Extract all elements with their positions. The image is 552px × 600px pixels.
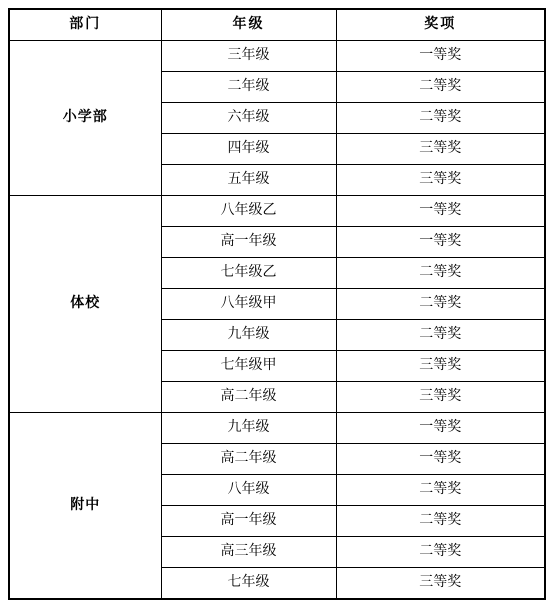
award-cell: 三等奖 <box>336 165 545 196</box>
grade-cell: 高三年级 <box>161 537 336 568</box>
award-cell: 三等奖 <box>336 382 545 413</box>
department-cell: 附中 <box>9 413 161 600</box>
table-row: 附中九年级一等奖 <box>9 413 545 444</box>
header-cell-grade: 年级 <box>161 9 336 41</box>
grade-cell: 八年级甲 <box>161 289 336 320</box>
award-cell: 三等奖 <box>336 134 545 165</box>
award-cell: 二等奖 <box>336 475 545 506</box>
award-table: 部门 年级 奖项 小学部三年级一等奖二年级二等奖六年级二等奖四年级三等奖五年级三… <box>8 8 546 600</box>
grade-cell: 五年级 <box>161 165 336 196</box>
grade-cell: 九年级 <box>161 320 336 351</box>
grade-cell: 高一年级 <box>161 506 336 537</box>
header-row: 部门 年级 奖项 <box>9 9 545 41</box>
award-cell: 二等奖 <box>336 537 545 568</box>
award-cell: 一等奖 <box>336 227 545 258</box>
award-cell: 一等奖 <box>336 413 545 444</box>
table-body: 小学部三年级一等奖二年级二等奖六年级二等奖四年级三等奖五年级三等奖体校八年级乙一… <box>9 41 545 600</box>
award-cell: 二等奖 <box>336 258 545 289</box>
award-cell: 三等奖 <box>336 351 545 382</box>
header-cell-award: 奖项 <box>336 9 545 41</box>
grade-cell: 九年级 <box>161 413 336 444</box>
award-cell: 一等奖 <box>336 41 545 72</box>
grade-cell: 二年级 <box>161 72 336 103</box>
award-cell: 二等奖 <box>336 289 545 320</box>
table-row: 体校八年级乙一等奖 <box>9 196 545 227</box>
grade-cell: 七年级乙 <box>161 258 336 289</box>
grade-cell: 七年级 <box>161 568 336 600</box>
grade-cell: 八年级 <box>161 475 336 506</box>
award-cell: 二等奖 <box>336 72 545 103</box>
award-cell: 一等奖 <box>336 444 545 475</box>
award-cell: 二等奖 <box>336 103 545 134</box>
department-cell: 体校 <box>9 196 161 413</box>
document-page: 部门 年级 奖项 小学部三年级一等奖二年级二等奖六年级二等奖四年级三等奖五年级三… <box>0 0 552 588</box>
grade-cell: 高二年级 <box>161 444 336 475</box>
grade-cell: 八年级乙 <box>161 196 336 227</box>
grade-cell: 四年级 <box>161 134 336 165</box>
grade-cell: 三年级 <box>161 41 336 72</box>
award-cell: 三等奖 <box>336 568 545 600</box>
award-cell: 二等奖 <box>336 320 545 351</box>
award-cell: 二等奖 <box>336 506 545 537</box>
table-row: 小学部三年级一等奖 <box>9 41 545 72</box>
grade-cell: 七年级甲 <box>161 351 336 382</box>
grade-cell: 高二年级 <box>161 382 336 413</box>
grade-cell: 高一年级 <box>161 227 336 258</box>
grade-cell: 六年级 <box>161 103 336 134</box>
department-cell: 小学部 <box>9 41 161 196</box>
award-cell: 一等奖 <box>336 196 545 227</box>
header-cell-department: 部门 <box>9 9 161 41</box>
